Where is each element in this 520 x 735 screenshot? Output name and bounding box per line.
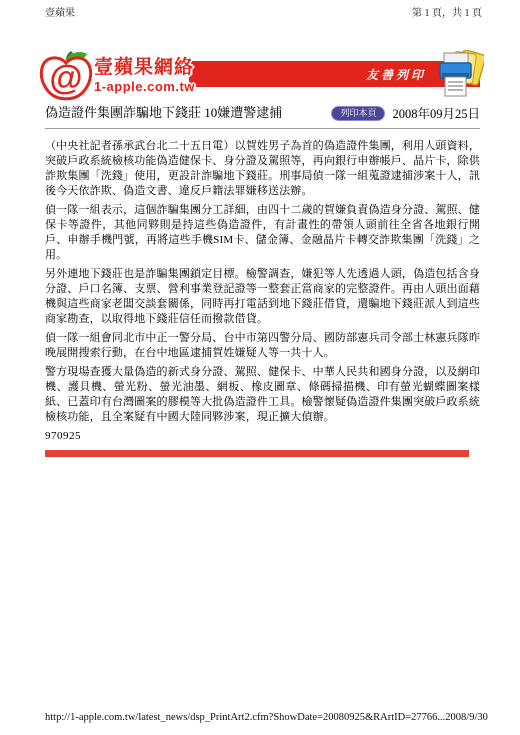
apple-at-icon[interactable]: @ (39, 51, 93, 101)
bottom-red-rule (45, 450, 469, 457)
print-footer-url: http://1-apple.com.tw/latest_news/dsp_Pr… (45, 712, 445, 723)
at-glyph: @ (49, 59, 82, 97)
article-title-row: 偽造證件集團詐騙地下錢莊 10嫌遭警逮捕 列印本頁 2008年09月25日 (45, 104, 480, 122)
paragraph: （中央社記者孫承武台北二十五日電）以賀姓男子為首的偽造證件集團，利用人頭資料，突… (45, 139, 480, 199)
print-header-title: 壹蘋果 (45, 4, 75, 19)
article-body: （中央社記者孫承武台北二十五日電）以賀姓男子為首的偽造證件集團，利用人頭資料，突… (45, 139, 480, 444)
print-footer-date: 2008/9/30 (445, 712, 488, 723)
paragraph: 偵一隊一組表示，這個詐騙集團分工詳細，由四十二歲的賀嫌負責偽造身分證、駕照、健保… (45, 203, 480, 263)
paragraph: 警方現場查獲大量偽造的新式身分證、駕照、健保卡、中華人民共和國身分證，以及網印機… (45, 365, 480, 425)
paragraph: 另外連地下錢莊也是詐騙集團鎖定目標。檢警調查，嫌犯等人先透過人頭，偽造包括含身分… (45, 267, 480, 327)
browser-print-footer: http://1-apple.com.tw/latest_news/dsp_Pr… (45, 712, 482, 723)
page-content: @ 壹蘋果網絡 1-apple.com.tw 友善列印 (45, 53, 480, 457)
paragraph: 偵一隊一組會同北市中正一警分局、台中市第四警分局、國防部憲兵司令部士林憲兵隊昨晚… (45, 331, 480, 361)
banner-bar: 友善列印 (189, 61, 480, 87)
printer-icon[interactable] (438, 50, 484, 99)
site-name: 壹蘋果網絡 (94, 58, 195, 77)
site-url: 1-apple.com.tw (94, 80, 195, 93)
site-banner: @ 壹蘋果網絡 1-apple.com.tw 友善列印 (45, 53, 480, 99)
article-title: 偽造證件集團詐騙地下錢莊 10嫌遭警逮捕 (45, 105, 331, 121)
print-page: 壹蘋果 第 1 頁，共 1 頁 @ 壹蘋果網絡 1-apple.com.tw 友… (0, 0, 520, 735)
article-post-id: 970925 (45, 429, 480, 444)
printer-slot (442, 73, 469, 77)
friendly-print-link[interactable]: 友善列印 (366, 66, 426, 83)
print-this-page-button[interactable]: 列印本頁 (331, 106, 385, 121)
print-header-pagecount: 第 1 頁，共 1 頁 (412, 4, 482, 19)
title-divider (45, 128, 480, 129)
article-date: 2008年09月25日 (392, 104, 480, 122)
site-logo-text[interactable]: 壹蘋果網絡 1-apple.com.tw (94, 58, 195, 93)
browser-print-header: 壹蘋果 第 1 頁，共 1 頁 (45, 4, 482, 19)
